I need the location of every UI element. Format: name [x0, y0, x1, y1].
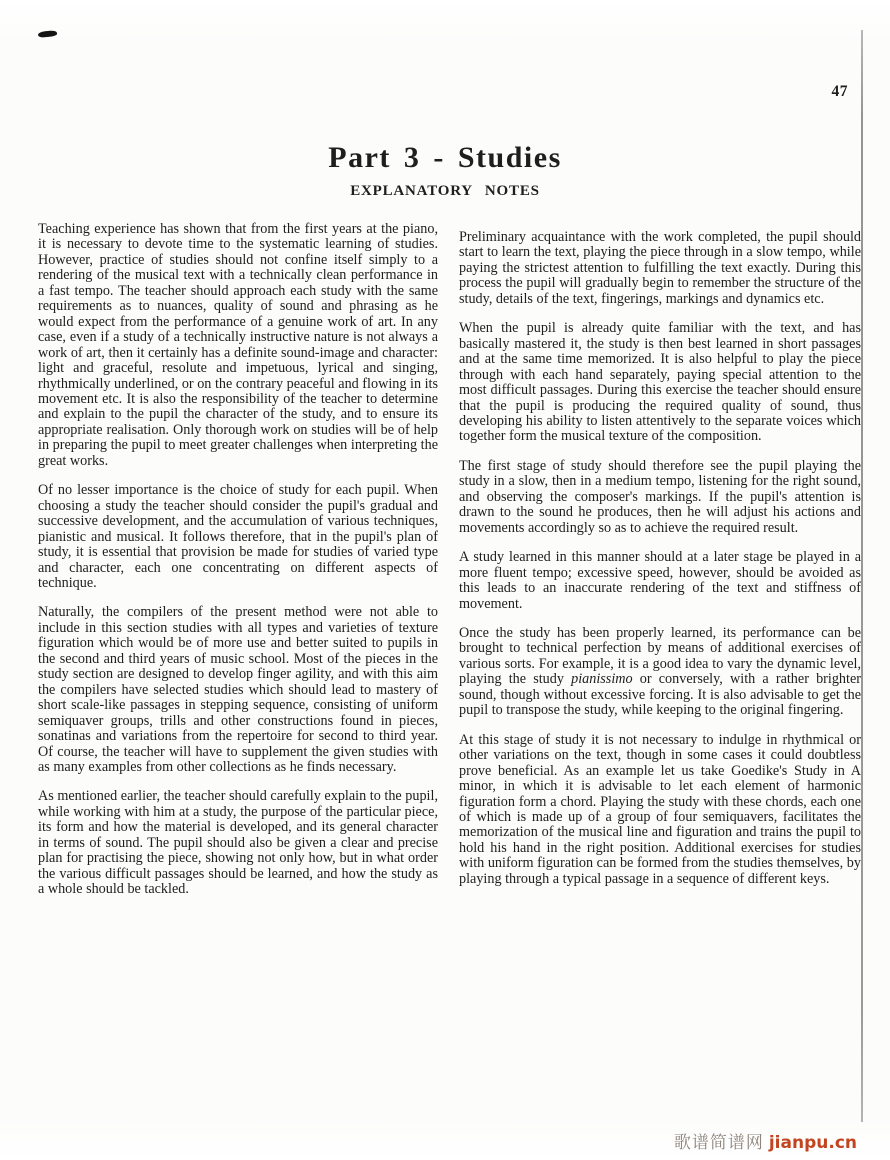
paragraph: Preliminary acquaintance with the work c…: [459, 230, 861, 307]
paragraph: Teaching experience has shown that from …: [38, 222, 438, 469]
scan-edge-line: [861, 30, 863, 1122]
paragraph: When the pupil is already quite familiar…: [459, 321, 861, 445]
paragraph: The first stage of study should therefor…: [459, 459, 861, 536]
left-column: Teaching experience has shown that from …: [38, 222, 438, 912]
paragraph: A study learned in this manner should at…: [459, 550, 861, 612]
title-block: Part 3 - Studies EXPLANATORY NOTES: [0, 141, 890, 200]
ink-smudge-mark: [38, 30, 57, 38]
scanned-book-page: 47 Part 3 - Studies EXPLANATORY NOTES Te…: [0, 0, 890, 1160]
paragraph: Naturally, the compilers of the present …: [38, 605, 438, 775]
watermark-site-url: jianpu.cn: [769, 1133, 857, 1153]
watermark-site-name: 歌谱简谱网: [674, 1133, 764, 1153]
paragraph: At this stage of study it is not necessa…: [459, 733, 861, 888]
paragraph: Once the study has been properly learned…: [459, 626, 861, 719]
right-column: Preliminary acquaintance with the work c…: [459, 222, 861, 912]
paragraph: As mentioned earlier, the teacher should…: [38, 789, 438, 897]
page-number: 47: [832, 83, 849, 101]
page-title: Part 3 - Studies: [0, 141, 890, 175]
page-subtitle: EXPLANATORY NOTES: [0, 183, 890, 200]
paragraph: Of no lesser importance is the choice of…: [38, 483, 438, 591]
watermark: 歌谱简谱网jianpu.cn: [674, 1128, 857, 1153]
text-columns: Teaching experience has shown that from …: [38, 222, 861, 912]
